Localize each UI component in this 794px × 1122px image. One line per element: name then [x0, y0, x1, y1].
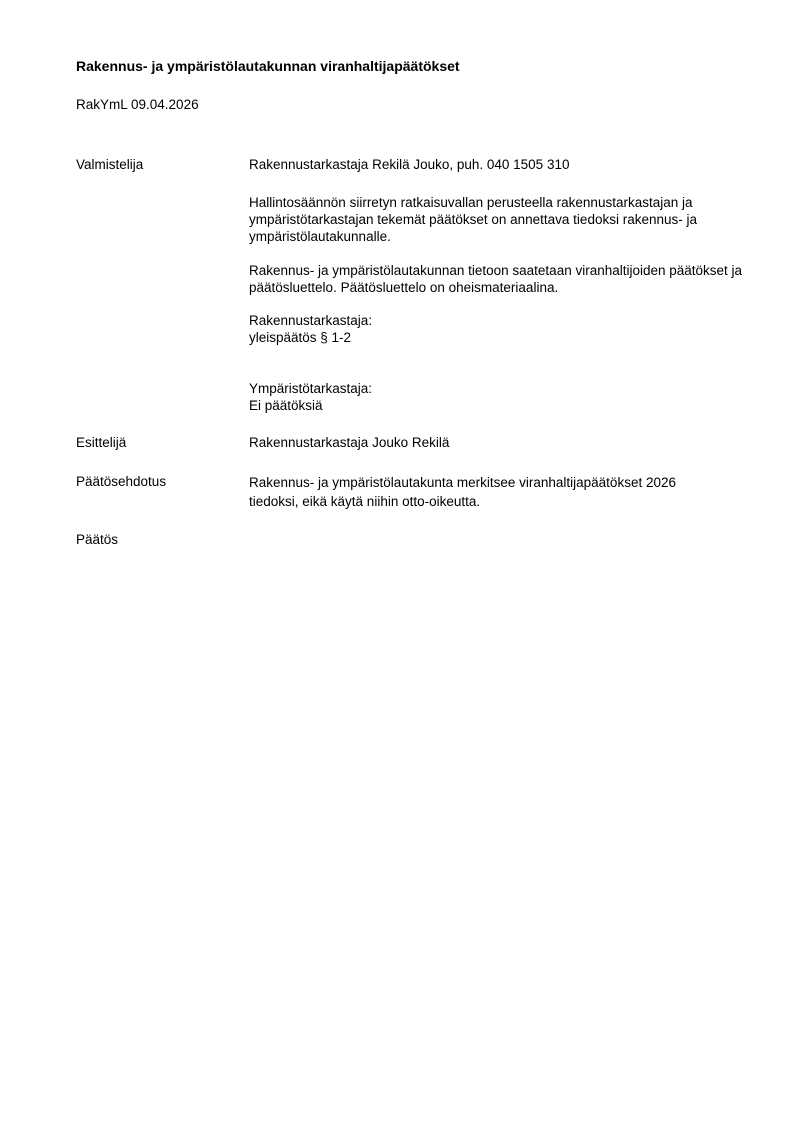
label-esittelija: Esittelijä	[76, 434, 126, 451]
ymparistotarkastaja-value: Ei päätöksiä	[249, 397, 749, 414]
rakennustarkastaja-heading: Rakennustarkastaja:	[249, 312, 749, 329]
label-paatos: Päätös	[76, 531, 118, 548]
preparer-value: Rakennustarkastaja Rekilä Jouko, puh. 04…	[249, 156, 749, 173]
esittelija-value: Rakennustarkastaja Jouko Rekilä	[249, 434, 749, 451]
ymparistotarkastaja-heading: Ympäristötarkastaja:	[249, 380, 749, 397]
label-paatosehdotus: Päätösehdotus	[76, 473, 166, 490]
paragraph-delegation: Hallintosäännön siirretyn ratkaisuvallan…	[249, 194, 749, 245]
rakennustarkastaja-value: yleispäätös § 1-2	[249, 329, 749, 346]
label-valmistelija: Valmistelija	[76, 156, 143, 173]
document-reference: RakYmL 09.04.2026	[76, 96, 199, 113]
paragraph-notification: Rakennus- ja ympäristölautakunnan tietoo…	[249, 262, 749, 296]
document-title: Rakennus- ja ympäristölautakunnan viranh…	[76, 58, 460, 75]
paatosehdotus-value: Rakennus- ja ympäristölautakunta merkits…	[249, 473, 729, 511]
